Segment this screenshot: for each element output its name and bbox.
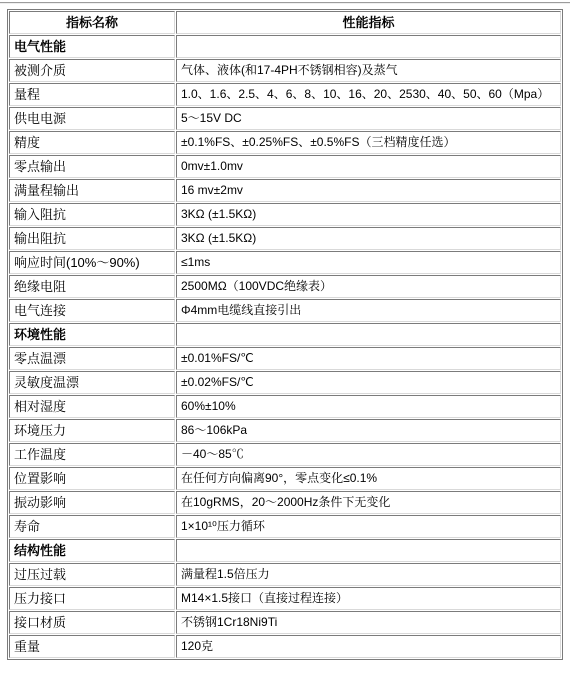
table-row: 位置影响在任何方向偏离90°，零点变化≤0.1% [9,467,561,490]
table-row: 零点温漂±0.01%FS/℃ [9,347,561,370]
indicator-value-cell: ±0.02%FS/℃ [176,371,561,394]
indicator-value-cell: 满量程1.5倍压力 [176,563,561,586]
indicator-value-cell: 1.0、1.6、2.5、4、6、8、10、16、20、2530、40、50、60… [176,83,561,106]
indicator-name-cell: 工作温度 [9,443,175,466]
indicator-name-cell: 输出阻抗 [9,227,175,250]
indicator-name-cell: 结构性能 [9,539,175,562]
indicator-value-cell: ±0.01%FS/℃ [176,347,561,370]
indicator-name-cell: 供电电源 [9,107,175,130]
table-row: 满量程输出16 mv±2mv [9,179,561,202]
indicator-name-cell: 满量程输出 [9,179,175,202]
table-row: 重量120克 [9,635,561,658]
table-row: 工作温度－40～85℃ [9,443,561,466]
section-row: 环境性能 [9,323,561,346]
indicator-value-cell: 86～106kPa [176,419,561,442]
indicator-value-cell [176,539,561,562]
table-row: 输入阻抗3KΩ (±1.5KΩ) [9,203,561,226]
indicator-value-cell: Φ4mm电缆线直接引出 [176,299,561,322]
indicator-value-cell: 不锈钢1Cr18Ni9Ti [176,611,561,634]
table-row: 接口材质不锈钢1Cr18Ni9Ti [9,611,561,634]
table-row: 相对湿度60%±10% [9,395,561,418]
indicator-value-cell: 120克 [176,635,561,658]
table-row: 过压过载满量程1.5倍压力 [9,563,561,586]
table-row: 精度±0.1%FS、±0.25%FS、±0.5%FS（三档精度任选） [9,131,561,154]
table-row: 量程1.0、1.6、2.5、4、6、8、10、16、20、2530、40、50、… [9,83,561,106]
indicator-name-cell: 接口材质 [9,611,175,634]
indicator-name-cell: 重量 [9,635,175,658]
indicator-name-cell: 零点输出 [9,155,175,178]
indicator-value-cell: ±0.1%FS、±0.25%FS、±0.5%FS（三档精度任选） [176,131,561,154]
indicator-name-cell: 精度 [9,131,175,154]
indicator-value-cell: 5～15V DC [176,107,561,130]
indicator-value-cell [176,323,561,346]
indicator-name-cell: 电气连接 [9,299,175,322]
indicator-name-cell: 灵敏度温漂 [9,371,175,394]
indicator-name-cell: 量程 [9,83,175,106]
indicator-value-cell: 60%±10% [176,395,561,418]
indicator-value-cell: －40～85℃ [176,443,561,466]
indicator-name-cell: 相对湿度 [9,395,175,418]
indicator-name-cell: 被测介质 [9,59,175,82]
indicator-name-cell: 输入阻抗 [9,203,175,226]
indicator-name-cell: 寿命 [9,515,175,538]
indicator-value-cell: 气体、液体(和17-4PH不锈钢相容)及蒸气 [176,59,561,82]
table-row: 响应时间(10%～90%)≤1ms [9,251,561,274]
section-row: 电气性能 [9,35,561,58]
table-row: 电气连接Φ4mm电缆线直接引出 [9,299,561,322]
table-row: 绝缘电阻2500MΩ（100VDC绝缘表） [9,275,561,298]
top-divider-line [0,2,570,4]
indicator-name-cell: 响应时间(10%～90%) [9,251,175,274]
indicator-name-cell: 绝缘电阻 [9,275,175,298]
indicator-value-cell: ≤1ms [176,251,561,274]
indicator-name-cell: 电气性能 [9,35,175,58]
indicator-value-cell: M14×1.5接口（直接过程连接） [176,587,561,610]
header-row: 指标名称 性能指标 [9,11,561,34]
section-row: 结构性能 [9,539,561,562]
table-row: 振动影响在10gRMS，20～2000Hz条件下无变化 [9,491,561,514]
table-row: 灵敏度温漂±0.02%FS/℃ [9,371,561,394]
indicator-name-cell: 零点温漂 [9,347,175,370]
table-row: 零点输出0mv±1.0mv [9,155,561,178]
table-row: 环境压力86～106kPa [9,419,561,442]
spec-table: 指标名称 性能指标 电气性能被测介质气体、液体(和17-4PH不锈钢相容)及蒸气… [7,9,563,660]
header-performance-indicator: 性能指标 [176,11,561,34]
indicator-name-cell: 过压过载 [9,563,175,586]
table-row: 压力接口M14×1.5接口（直接过程连接） [9,587,561,610]
indicator-name-cell: 振动影响 [9,491,175,514]
indicator-name-cell: 环境性能 [9,323,175,346]
indicator-name-cell: 环境压力 [9,419,175,442]
spec-table-body: 电气性能被测介质气体、液体(和17-4PH不锈钢相容)及蒸气量程1.0、1.6、… [9,35,561,658]
indicator-value-cell: 16 mv±2mv [176,179,561,202]
indicator-value-cell: 3KΩ (±1.5KΩ) [176,227,561,250]
indicator-value-cell: 3KΩ (±1.5KΩ) [176,203,561,226]
indicator-value-cell [176,35,561,58]
indicator-value-cell: 2500MΩ（100VDC绝缘表） [176,275,561,298]
indicator-value-cell: 在任何方向偏离90°，零点变化≤0.1% [176,467,561,490]
table-row: 供电电源5～15V DC [9,107,561,130]
indicator-value-cell: 1×10¹⁰压力循环 [176,515,561,538]
indicator-name-cell: 位置影响 [9,467,175,490]
header-indicator-name: 指标名称 [9,11,175,34]
table-row: 寿命1×10¹⁰压力循环 [9,515,561,538]
indicator-value-cell: 在10gRMS，20～2000Hz条件下无变化 [176,491,561,514]
indicator-value-cell: 0mv±1.0mv [176,155,561,178]
table-row: 被测介质气体、液体(和17-4PH不锈钢相容)及蒸气 [9,59,561,82]
indicator-name-cell: 压力接口 [9,587,175,610]
table-row: 输出阻抗3KΩ (±1.5KΩ) [9,227,561,250]
